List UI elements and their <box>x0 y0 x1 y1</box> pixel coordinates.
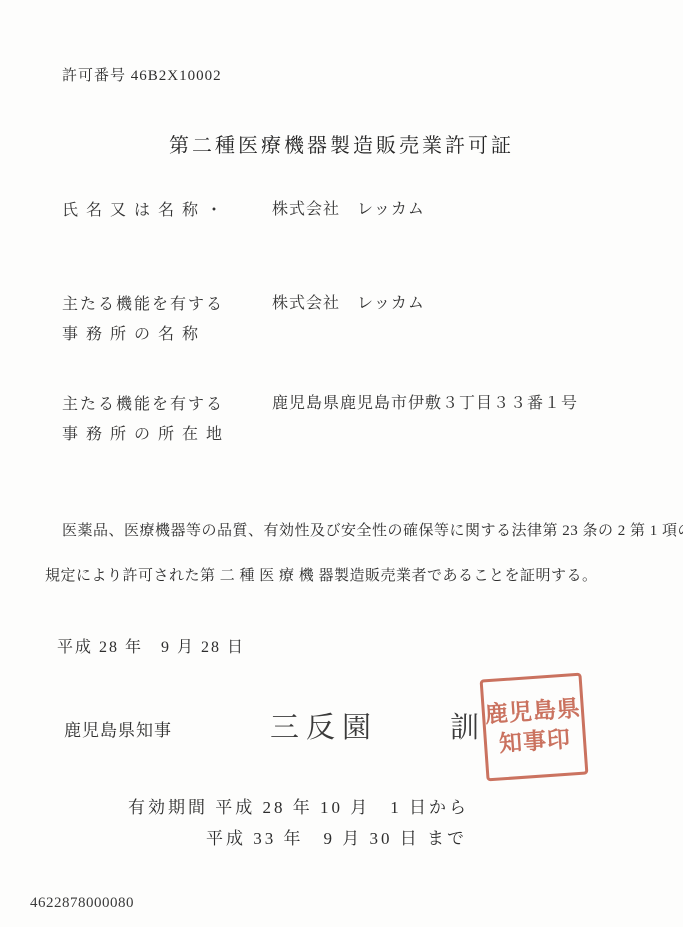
field-label-name-line1: 氏 名 又 は 名 称 ・ <box>62 196 224 226</box>
official-seal: 鹿児島県 知事印 <box>480 673 589 782</box>
official-seal-text-line1: 鹿児島県 <box>484 696 582 729</box>
field-label-office-name: 主たる機能を有する 事 務 所 の 名 称 <box>62 290 224 350</box>
certification-statement-line2: 規定により許可された第 二 種 医 療 機 器製造販売業者であることを証明する。 <box>45 564 598 585</box>
document-title: 第二種医療機器製造販売業許可証 <box>0 129 683 158</box>
field-value-office-name: 株式会社 レッカム <box>272 290 425 313</box>
field-label-office-name-line1: 主たる機能を有する <box>62 290 224 320</box>
field-label-office-address-line1: 主たる機能を有する <box>62 390 224 420</box>
field-label-office-address-line2: 事 務 所 の 所 在 地 <box>62 420 224 450</box>
validity-period-start: 有効期間 平成 28 年 10 月 1 日から <box>128 793 469 818</box>
issue-date: 平成 28 年 9 月 28 日 <box>57 634 245 657</box>
issuer-title: 鹿児島県知事 <box>64 716 172 741</box>
field-label-office-address: 主たる機能を有する 事 務 所 の 所 在 地 <box>62 390 224 450</box>
field-label-office-name-line2: 事 務 所 の 名 称 <box>62 320 224 350</box>
certificate-document: 許可番号 46B2X10002 第二種医療機器製造販売業許可証 氏 名 又 は … <box>0 0 683 927</box>
permit-number: 許可番号 46B2X10002 <box>62 64 222 85</box>
field-value-name: 株式会社 レッカム <box>272 196 425 219</box>
field-label-name: 氏 名 又 は 名 称 ・ <box>62 196 224 226</box>
issuer-name-signature: 三反園 訓 <box>270 705 486 746</box>
document-code: 4622878000080 <box>30 895 134 912</box>
official-seal-text-line2: 知事印 <box>498 726 572 757</box>
field-value-office-address: 鹿児島県鹿児島市伊敷３丁目３３番１号 <box>272 390 578 413</box>
certification-statement-line1: 医薬品、医療機器等の品質、有効性及び安全性の確保等に関する法律第 23 条の 2… <box>62 519 683 540</box>
validity-period-end: 平成 33 年 9 月 30 日 まで <box>206 824 467 849</box>
